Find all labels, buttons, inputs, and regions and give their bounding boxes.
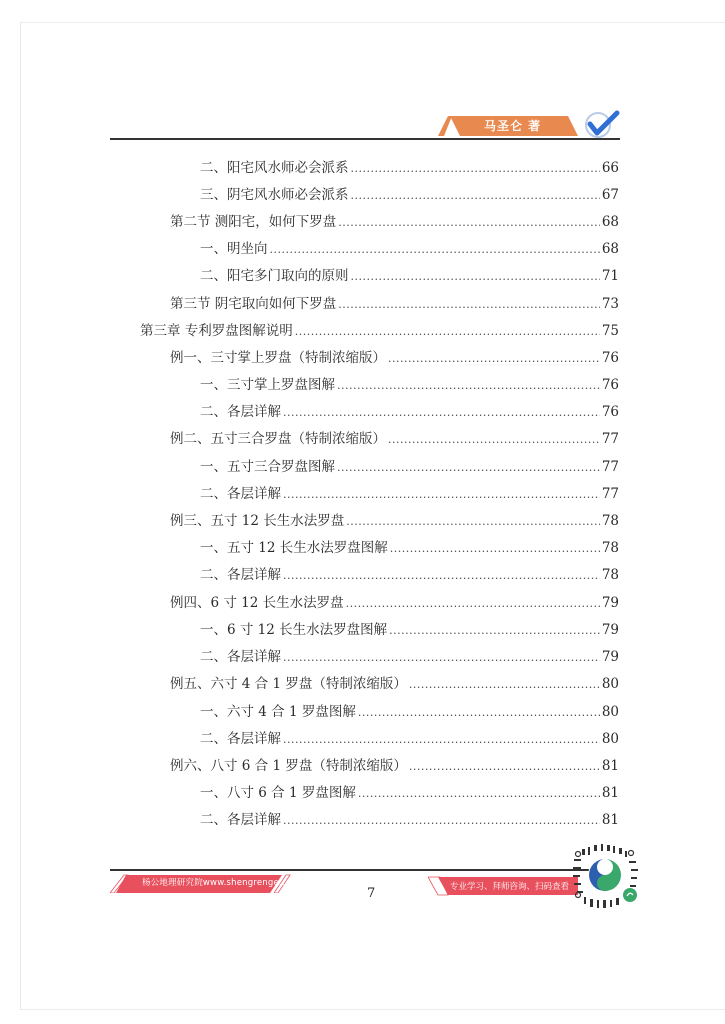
toc-entry-title: 一、五寸三合罗盘图解 (200, 458, 335, 476)
toc-entry-page: 77 (602, 430, 619, 448)
toc-entry[interactable]: 一、六寸 4 合 1 罗盘图解80 (200, 701, 619, 721)
toc-leader-dots (389, 623, 600, 639)
toc-leader-dots (295, 324, 600, 340)
toc-leader-dots (351, 188, 600, 204)
toc-entry-page: 78 (602, 539, 619, 557)
toc-leader-dots (388, 432, 600, 448)
institute-website-text: 杨公地理研究院www.shengrenge.cn (142, 876, 292, 888)
toc-entry[interactable]: 二、各层详解76 (200, 401, 619, 421)
toc-entry[interactable]: 二、阳宅多门取向的原则71 (200, 265, 619, 285)
toc-entry-page: 73 (602, 295, 619, 313)
toc-entry-title: 例一、三寸掌上罗盘（特制浓缩版） (170, 349, 386, 367)
toc-entry[interactable]: 三、阴宅风水师必会派系67 (200, 184, 619, 204)
toc-entry[interactable]: 一、五寸三合罗盘图解77 (200, 456, 619, 476)
toc-entry-title: 一、三寸掌上罗盘图解 (200, 376, 335, 394)
toc-entry-page: 71 (602, 267, 619, 285)
toc-entry-page: 76 (602, 403, 619, 421)
toc-entry[interactable]: 二、各层详解79 (200, 646, 619, 666)
toc-entry-title: 二、阳宅风水师必会派系 (200, 159, 349, 177)
toc-entry-page: 81 (602, 811, 619, 829)
toc-entry[interactable]: 例三、五寸 12 长生水法罗盘78 (170, 510, 619, 530)
toc-leader-dots (346, 514, 600, 530)
mini-program-qr-code-icon[interactable] (568, 843, 644, 909)
toc-entry-title: 第三章 专利罗盘图解说明 (140, 322, 293, 340)
toc-leader-dots (390, 541, 600, 557)
toc-leader-dots (283, 568, 600, 584)
toc-entry[interactable]: 例六、八寸 6 合 1 罗盘（特制浓缩版）81 (170, 755, 619, 775)
toc-leader-dots (388, 351, 600, 367)
toc-entry-title: 二、阳宅多门取向的原则 (200, 267, 349, 285)
toc-entry-title: 例五、六寸 4 合 1 罗盘（特制浓缩版） (170, 675, 407, 693)
toc-entry-page: 68 (602, 213, 619, 231)
toc-entry-title: 二、各层详解 (200, 566, 281, 584)
toc-entry-title: 二、各层详解 (200, 485, 281, 503)
toc-entry[interactable]: 一、6 寸 12 长生水法罗盘图解79 (200, 619, 619, 639)
toc-leader-dots (338, 297, 600, 313)
toc-entry[interactable]: 一、八寸 6 合 1 罗盘图解81 (200, 782, 619, 802)
toc-entry-title: 例三、五寸 12 长生水法罗盘 (170, 512, 344, 530)
toc-entry-title: 一、明坐向 (200, 240, 268, 258)
toc-leader-dots (409, 759, 600, 775)
toc-entry[interactable]: 例一、三寸掌上罗盘（特制浓缩版）76 (170, 347, 619, 367)
toc-entry-page: 80 (602, 675, 619, 693)
toc-entry-page: 79 (602, 621, 619, 639)
toc-entry-title: 二、各层详解 (200, 811, 281, 829)
toc-entry-page: 67 (602, 186, 619, 204)
toc-entry-page: 68 (602, 240, 619, 258)
toc-entry-title: 第二节 测阳宅，如何下罗盘 (170, 213, 336, 231)
toc-entry-title: 第三节 阴宅取向如何下罗盘 (170, 295, 336, 313)
toc-leader-dots (358, 705, 600, 721)
author-name: 马圣仑 著 (484, 117, 541, 134)
toc-leader-dots (351, 161, 600, 177)
toc-entry-page: 76 (602, 349, 619, 367)
toc-entry-page: 77 (602, 458, 619, 476)
toc-leader-dots (338, 215, 600, 231)
toc-leader-dots (337, 378, 600, 394)
page-number: 7 (367, 886, 375, 901)
toc-entry-title: 二、各层详解 (200, 730, 281, 748)
toc-leader-dots (283, 650, 600, 666)
toc-entry[interactable]: 二、各层详解77 (200, 483, 619, 503)
toc-entry-page: 75 (602, 322, 619, 340)
toc-entry-page: 80 (602, 703, 619, 721)
toc-entry-page: 78 (602, 512, 619, 530)
toc-entry-title: 一、五寸 12 长生水法罗盘图解 (200, 539, 388, 557)
toc-entry-title: 一、6 寸 12 长生水法罗盘图解 (200, 621, 387, 639)
toc-leader-dots (283, 813, 600, 829)
toc-leader-dots (409, 677, 600, 693)
toc-leader-dots (283, 732, 600, 748)
checkmark-logo-icon (583, 108, 621, 140)
toc-leader-dots (283, 405, 600, 421)
footer-rule (110, 869, 620, 871)
toc-leader-dots (283, 487, 600, 503)
toc-leader-dots (270, 242, 600, 258)
toc-entry-page: 79 (602, 648, 619, 666)
toc-entry[interactable]: 例五、六寸 4 合 1 罗盘（特制浓缩版）80 (170, 673, 619, 693)
toc-entry-title: 例六、八寸 6 合 1 罗盘（特制浓缩版） (170, 757, 407, 775)
toc-entry[interactable]: 二、阳宅风水师必会派系66 (200, 157, 619, 177)
consult-text: 专业学习、拜师咨询、扫码查看 (450, 880, 569, 892)
header-rule (110, 138, 620, 140)
toc-entry-title: 一、六寸 4 合 1 罗盘图解 (200, 703, 356, 721)
toc-entry-page: 78 (602, 566, 619, 584)
toc-leader-dots (351, 269, 600, 285)
toc-entry-title: 一、八寸 6 合 1 罗盘图解 (200, 784, 356, 802)
toc-entry[interactable]: 第二节 测阳宅，如何下罗盘68 (170, 211, 619, 231)
toc-leader-dots (337, 460, 600, 476)
toc-leader-dots (358, 786, 600, 802)
toc-entry-page: 80 (602, 730, 619, 748)
toc-entry-page: 81 (602, 784, 619, 802)
toc-leader-dots (346, 596, 600, 612)
toc-entry[interactable]: 二、各层详解78 (200, 564, 619, 584)
toc-entry[interactable]: 二、各层详解80 (200, 728, 619, 748)
toc-entry[interactable]: 一、五寸 12 长生水法罗盘图解78 (200, 537, 619, 557)
toc-entry[interactable]: 例二、五寸三合罗盘（特制浓缩版）77 (170, 428, 619, 448)
toc-entry-page: 79 (602, 594, 619, 612)
toc-entry-page: 81 (602, 757, 619, 775)
toc-entry-title: 二、各层详解 (200, 403, 281, 421)
toc-entry[interactable]: 一、三寸掌上罗盘图解76 (200, 374, 619, 394)
toc-entry-title: 二、各层详解 (200, 648, 281, 666)
toc-entry[interactable]: 第三节 阴宅取向如何下罗盘73 (170, 293, 619, 313)
toc-entry[interactable]: 二、各层详解81 (200, 809, 619, 829)
toc-entry-page: 76 (602, 376, 619, 394)
toc-entry-page: 66 (602, 159, 619, 177)
toc-entry-title: 例二、五寸三合罗盘（特制浓缩版） (170, 430, 386, 448)
toc-entry-page: 77 (602, 485, 619, 503)
toc-entry-title: 例四、6 寸 12 长生水法罗盘 (170, 594, 344, 612)
toc-entry[interactable]: 一、明坐向68 (200, 238, 619, 258)
toc-entry[interactable]: 例四、6 寸 12 长生水法罗盘79 (170, 592, 619, 612)
toc-entry[interactable]: 第三章 专利罗盘图解说明75 (140, 320, 619, 340)
toc-entry-title: 三、阴宅风水师必会派系 (200, 186, 349, 204)
